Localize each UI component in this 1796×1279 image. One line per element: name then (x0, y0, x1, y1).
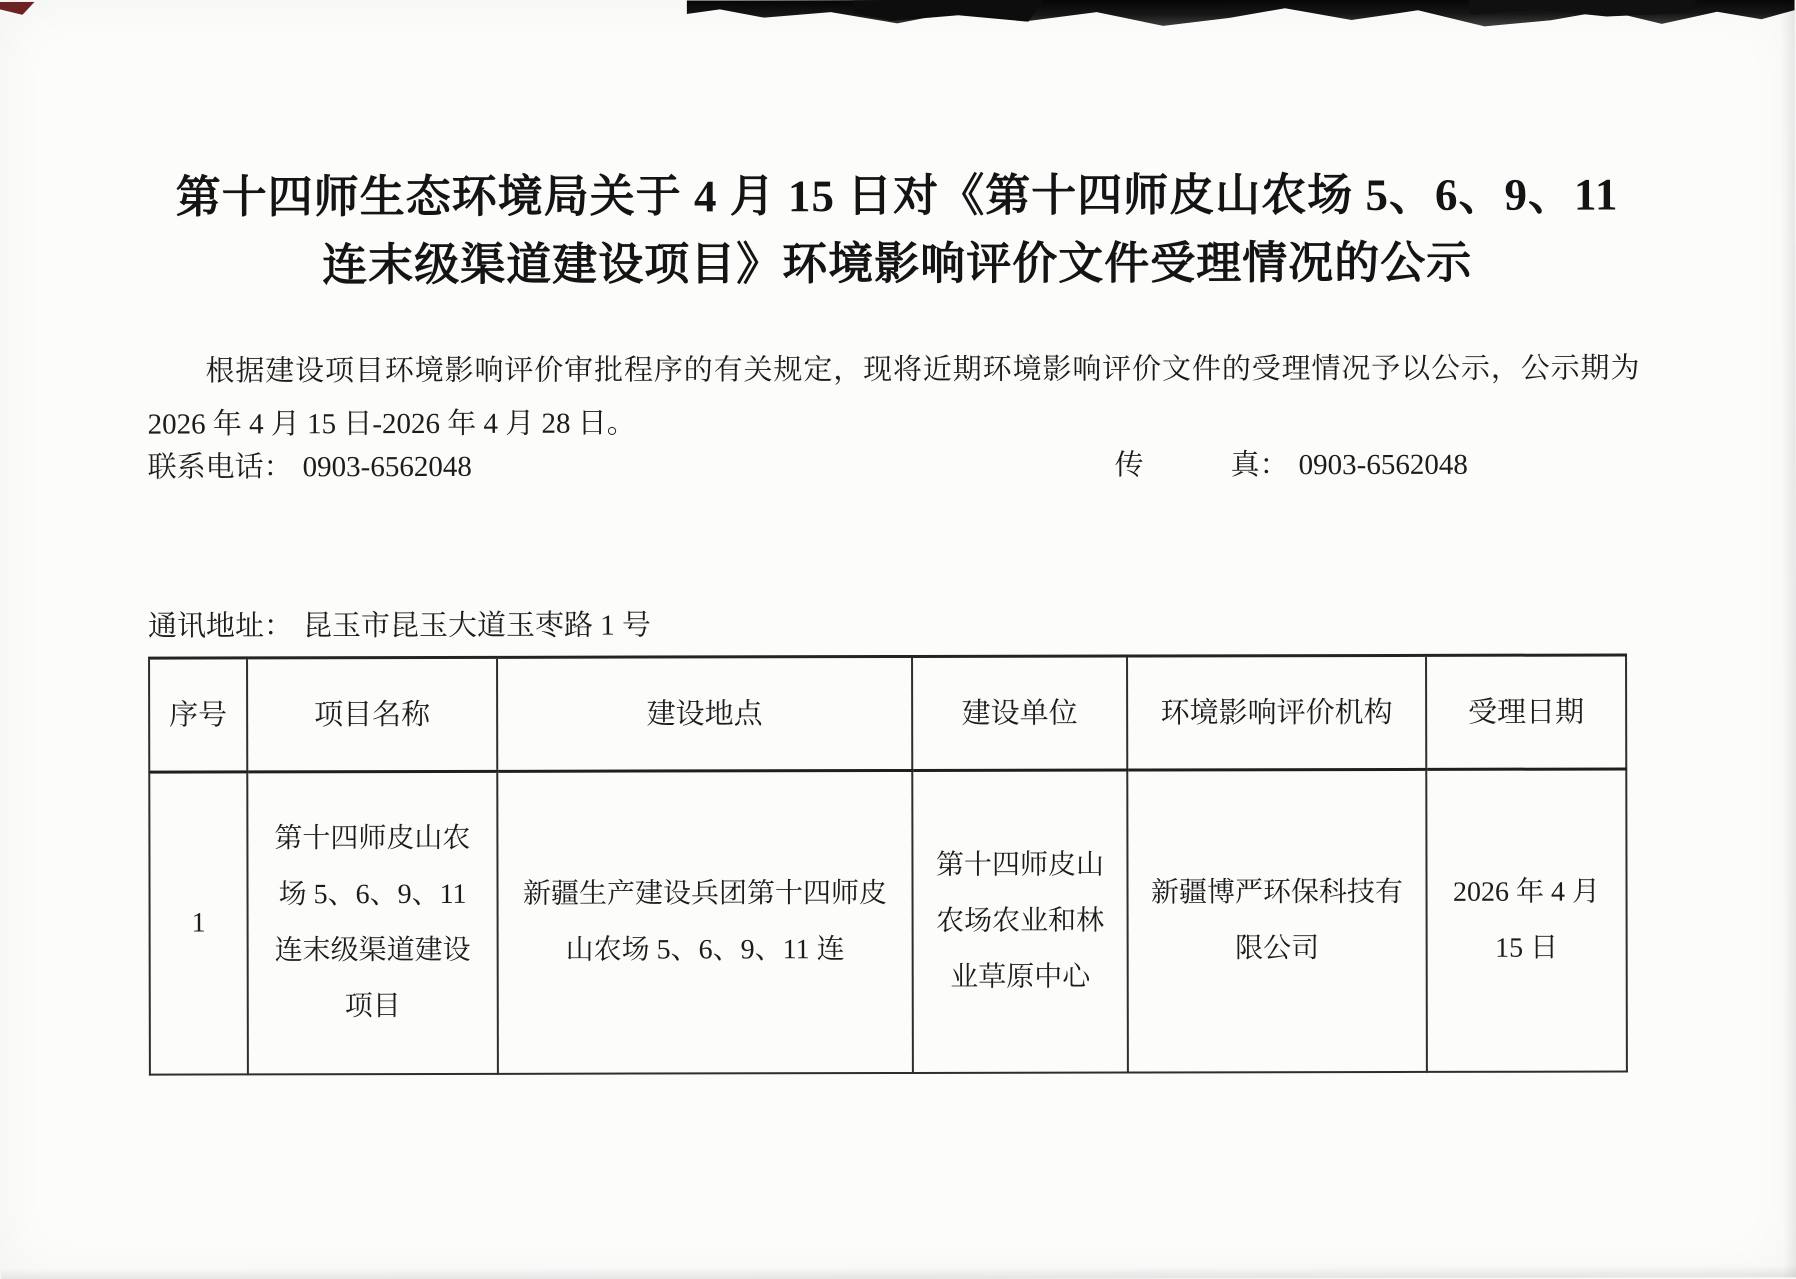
contact-row: 联系电话：0903-6562048 传 真：0903-6562048 (148, 441, 1640, 484)
scanned-document-page: 第十四师生态环境局关于 4 月 15 日对《第十四师皮山农场 5、6、9、11 … (0, 0, 1796, 1279)
cell-builder: 第十四师皮山农场农业和林业草原中心 (912, 770, 1128, 1073)
column-header-project-name: 项目名称 (247, 657, 497, 772)
intro-paragraph: 根据建设项目环境影响评价审批程序的有关规定，现将近期环境影响评价文件的受理情况予… (147, 342, 1639, 451)
address-label: 通讯地址： (148, 610, 293, 642)
column-header-eia-agency: 环境影响评价机构 (1127, 655, 1426, 770)
page-title-line2: 连末级渠道建设项目》环境影响评价文件受理情况的公示 (89, 228, 1705, 299)
page-title-line1: 第十四师生态环境局关于 4 月 15 日对《第十四师皮山农场 5、6、9、11 (89, 160, 1705, 231)
scan-edge-shadow-right (1781, 0, 1796, 1277)
fax-number: 0903-6562048 (1299, 449, 1468, 481)
cell-index: 1 (149, 772, 248, 1075)
address-line: 通讯地址：昆玉市昆玉大道玉枣路 1 号 (148, 603, 651, 645)
scan-artifact-blob (854, 0, 1044, 22)
column-header-acceptance-date: 受理日期 (1426, 655, 1626, 769)
table-row: 1 第十四师皮山农场 5、6、9、11 连末级渠道建设项目 新疆生产建设兵团第十… (149, 769, 1627, 1075)
column-header-location: 建设地点 (497, 656, 912, 771)
scan-artifact-corner-mark (0, 2, 35, 15)
column-header-builder: 建设单位 (912, 656, 1127, 770)
cell-eia-agency: 新疆博严环保科技有限公司 (1127, 769, 1427, 1072)
phone-line: 联系电话：0903-6562048 (148, 444, 472, 486)
fax-line: 传 真：0903-6562048 (1115, 442, 1468, 484)
cell-acceptance-date: 2026 年 4 月 15 日 (1426, 769, 1627, 1072)
scan-edge-shadow-bottom (1, 1265, 1796, 1279)
document-content: 第十四师生态环境局关于 4 月 15 日对《第十四师皮山农场 5、6、9、11 … (0, 0, 1796, 1279)
column-header-index: 序号 (149, 658, 247, 772)
eia-acceptance-table: 序号 项目名称 建设地点 建设单位 环境影响评价机构 受理日期 1 第十四师皮山… (148, 653, 1628, 1075)
cell-project-name: 第十四师皮山农场 5、6、9、11 连末级渠道建设项目 (247, 771, 498, 1074)
fax-label: 传 真： (1115, 449, 1289, 481)
phone-label: 联系电话： (148, 451, 293, 483)
table-header-row: 序号 项目名称 建设地点 建设单位 环境影响评价机构 受理日期 (149, 655, 1626, 772)
phone-number: 0903-6562048 (303, 451, 472, 483)
address-value: 昆玉市昆玉大道玉枣路 1 号 (303, 610, 651, 643)
page-title: 第十四师生态环境局关于 4 月 15 日对《第十四师皮山农场 5、6、9、11 … (89, 160, 1705, 299)
cell-location: 新疆生产建设兵团第十四师皮山农场 5、6、9、11 连 (497, 770, 913, 1073)
